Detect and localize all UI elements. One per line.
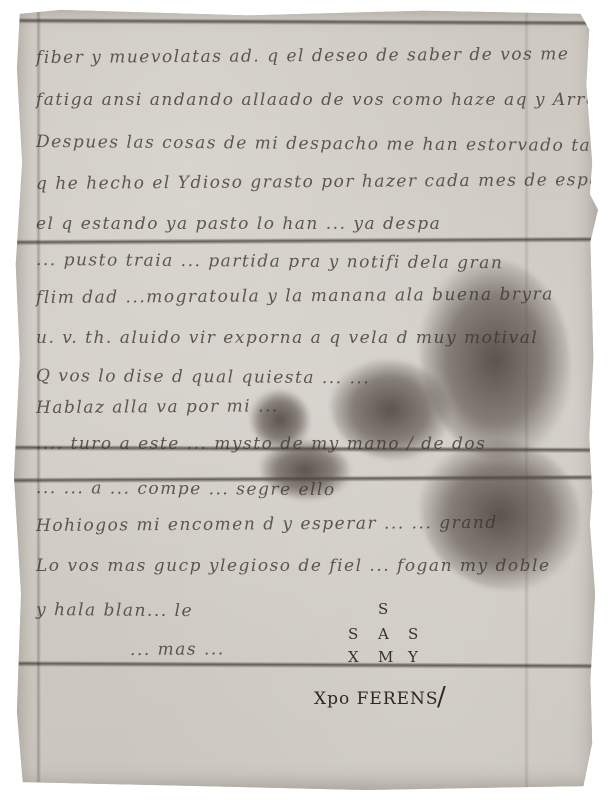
sigla-letter: Y [408, 648, 418, 666]
manuscript-page: fiber y muevolatas ad. q el deseo de sab… [14, 6, 598, 790]
manuscript-line: Lo vos mas gucp ylegioso de fiel ... fog… [36, 556, 551, 576]
manuscript-line: flim dad ...mogratoula y la manana ala b… [36, 284, 554, 308]
manuscript-line: el q estando ya pasto lo han ... ya desp… [36, 214, 441, 234]
manuscript-line: fatiga ansi andando allaado de vos como … [36, 90, 608, 110]
manuscript-line: Hohiogos mi encomen d y esperar ... ... … [36, 513, 498, 536]
sigla-letter: A [378, 625, 389, 643]
manuscript-line: ... ... a ... compe ... segre ello [36, 478, 336, 500]
manuscript-line: Hablaz alla va por mi ... [36, 396, 279, 418]
manuscript-line: ... mas ... [130, 639, 225, 660]
manuscript-line: fiber y muevolatas ad. q el deseo de sab… [36, 44, 570, 68]
manuscript-line: Despues las cosas de mi despacho me han … [36, 132, 608, 156]
sigla-letter: X [348, 648, 359, 666]
manuscript-line: .... turo a este ... mysto de my mano / … [36, 434, 486, 454]
signature-name: Xpo FERENS [314, 689, 439, 709]
fold-line [14, 236, 598, 245]
sigla-letter: S [408, 625, 418, 643]
manuscript-line: Q vos lo dise d qual quiesta ... ... [36, 366, 370, 388]
manuscript-line: q he hecho el Ydioso grasto por hazer ca… [36, 170, 608, 194]
fold-line [14, 661, 598, 670]
sigla-letter: S [348, 625, 358, 643]
manuscript-line: u. v. th. aluido vir exporna a q vela d … [36, 328, 538, 348]
manuscript-line: ... pusto traia ... partida pra y notifi… [36, 250, 503, 273]
sigla-letter: M [378, 648, 393, 666]
fold-line [14, 18, 598, 27]
sigla-letter: S [378, 600, 388, 618]
signature-flourish: / [437, 682, 447, 712]
manuscript-line: y hala blan... le [36, 600, 193, 621]
